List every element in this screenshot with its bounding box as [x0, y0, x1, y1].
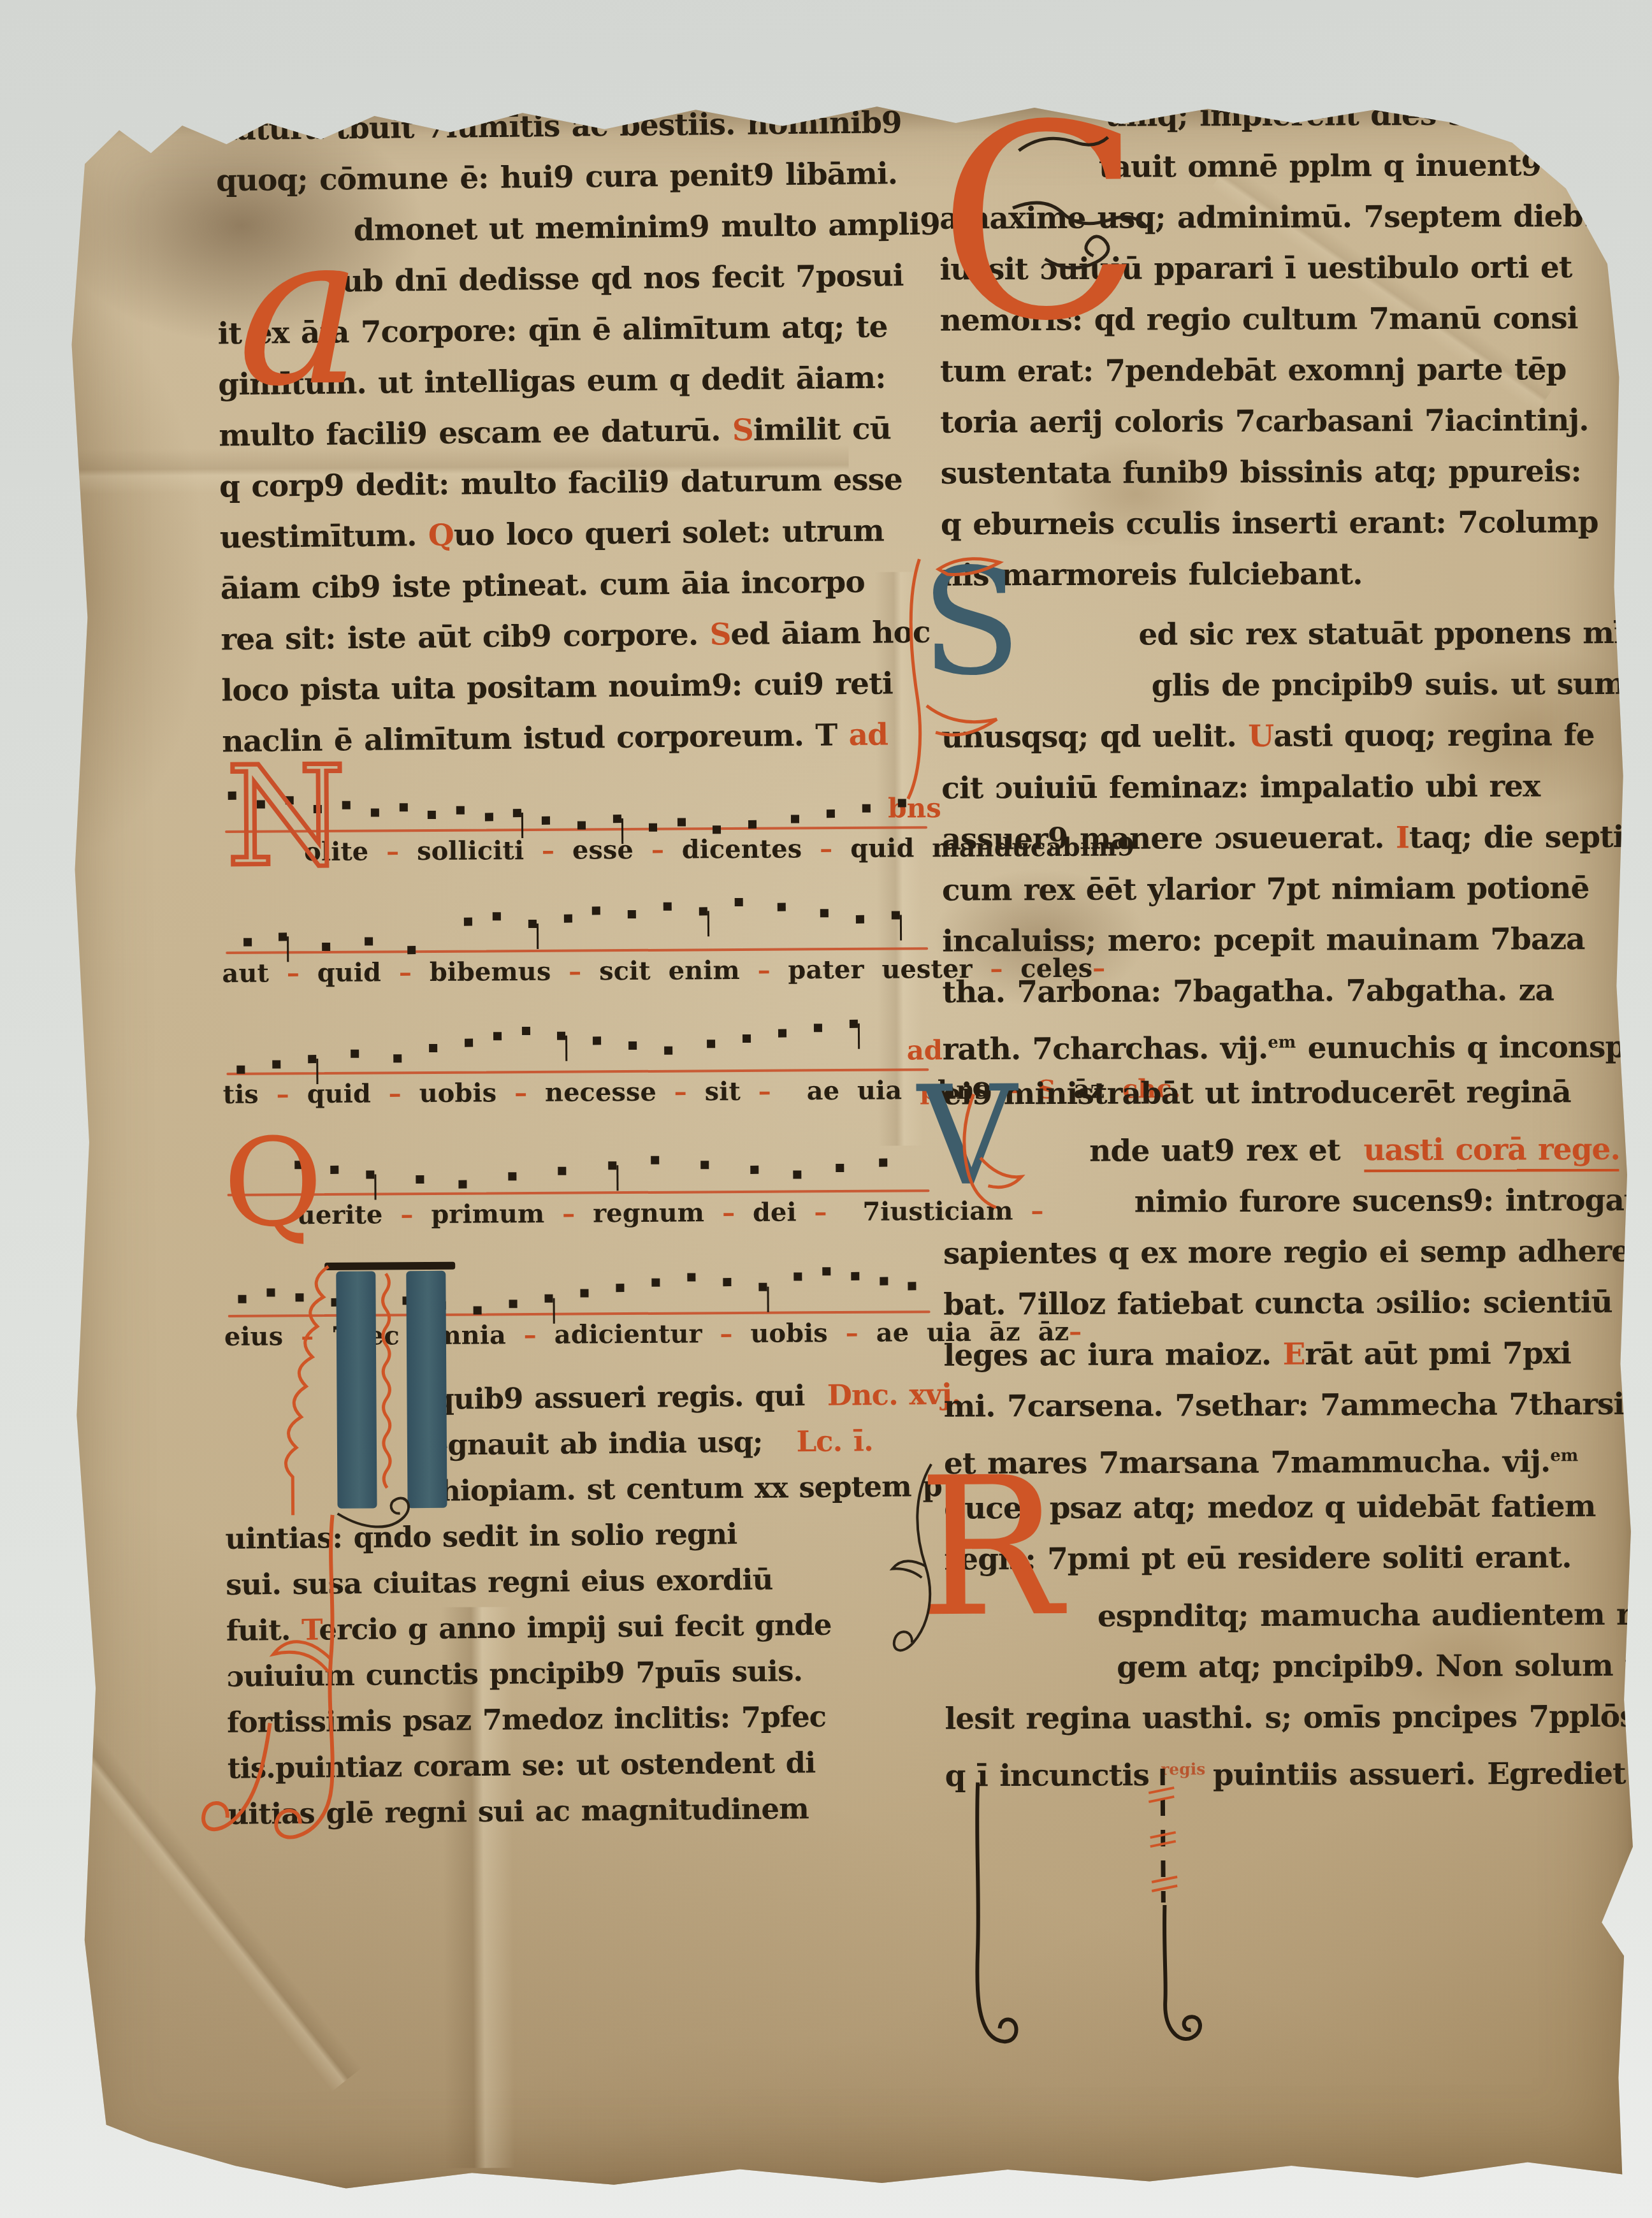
neume — [342, 801, 351, 809]
neume — [509, 1300, 518, 1308]
text-line: tis – quid – uobis – necesse – sit – ae … — [222, 1071, 936, 1136]
descender-flourish-plain — [939, 1782, 1043, 2063]
neume — [485, 813, 493, 821]
chant-text-4: uerite – primum – regnum – dei – 7iustic… — [224, 1192, 937, 1257]
text-line: uintias: qndo sedit in solio regni — [225, 1511, 943, 1564]
neume — [908, 1282, 917, 1290]
neume — [428, 811, 436, 819]
text-line: quib9 assueri regis. qui Dnc. xvj. — [224, 1374, 941, 1426]
text-line: uestimītum. Quo loco queri solet: utrum — [220, 508, 938, 567]
text-line: amaxime usq; adminimū. 7septem dieb9 — [939, 194, 1618, 247]
text-line: unusqsq; qd uelit. Uasti quoq; regina fe — [941, 713, 1620, 766]
neume — [558, 1167, 567, 1175]
neume — [228, 792, 236, 800]
neume — [243, 938, 252, 946]
descender-flourish-dashed — [1118, 1768, 1235, 2068]
manuscript-photo: { "artifact": { "kind": "medieval manusc… — [0, 0, 1652, 2218]
neume — [879, 1159, 887, 1167]
text-line: natura tbuit 7iumītis ac bestiis. homini… — [215, 100, 933, 159]
text-line: iussit ɔuiuiū pparari ī uestibulo orti e… — [939, 245, 1618, 298]
neume — [509, 1172, 517, 1180]
neume — [285, 796, 293, 804]
text-line: sapientes q ex more regio ei semp adhere — [943, 1229, 1622, 1282]
neume — [542, 816, 550, 825]
neume — [592, 906, 600, 915]
neume — [365, 938, 373, 946]
neume — [664, 1047, 672, 1055]
neume — [791, 815, 799, 823]
neume — [892, 911, 900, 919]
text-line: ei9 ministrabāt ut introducerēt reginā — [943, 1069, 1621, 1123]
neume — [294, 1161, 303, 1169]
neume — [820, 909, 829, 917]
text-line: it ex āia 7corpore: qīn ē alimītum atq; … — [217, 304, 935, 363]
text-line: rath. 7charchas. vij.em eunuchis q incon… — [943, 1018, 1621, 1072]
parchment-leaf: natura tbuit 7iumītis ac bestiis. homini… — [50, 83, 1638, 2192]
right-column-prose: umq; implerent dies ɔuiuij: inuitauit om… — [939, 92, 1624, 1799]
neume — [758, 1283, 767, 1291]
chant-text-2: aut – quid – bibemus – scit enim – pater… — [222, 950, 935, 1015]
neume — [521, 1027, 530, 1035]
text-line: leges ac iura maioz. Erāt aūt pmi 7pxi — [943, 1331, 1622, 1384]
neume — [465, 1039, 473, 1047]
text-line: regnauit ab india usq; Lc. ī. — [224, 1419, 942, 1472]
text-line: lesit regina uasthi. s; omīs pncipes 7pp… — [945, 1694, 1623, 1748]
neume — [608, 1161, 616, 1170]
neume — [322, 943, 330, 951]
neume — [314, 805, 322, 813]
text-line: toria aerij coloris 7carbasani 7iacintin… — [940, 398, 1619, 451]
neume — [827, 809, 835, 818]
neume — [862, 804, 871, 813]
text-line: glis de pncipib9 suis. ut sumeret — [941, 662, 1620, 715]
neume — [528, 920, 537, 928]
neume — [616, 1284, 624, 1292]
text-line: tha. 7arbona: 7bagatha. 7abgatha. za — [942, 968, 1621, 1021]
text-line: quoq; cōmune ē: hui9 cura penit9 libāmi. — [216, 151, 934, 210]
neume — [351, 1050, 359, 1058]
neume — [651, 1279, 660, 1287]
text-line: sustentata funib9 bissinis atq; ppureis: — [940, 449, 1619, 502]
text-line: āiam cib9 iste ptineat. cum āia incorpo — [220, 559, 938, 618]
neume — [493, 912, 501, 920]
neume — [593, 1036, 601, 1045]
text-line: fortissimis psaz 7medoz inclitis: 7pfec — [227, 1695, 945, 1748]
neume — [267, 1288, 275, 1296]
chant-system-5: eius – 7hec omnia – adicientur – uobis –… — [224, 1252, 937, 1378]
neume — [898, 799, 906, 807]
text-line: nemoris: qd regio cultum 7manū consi — [940, 296, 1619, 349]
text-line: uerite – primum – regnum – dei – 7iustic… — [224, 1192, 937, 1257]
neume — [699, 907, 707, 915]
text-line: eius – 7hec omnia – adicientur – uobis –… — [224, 1313, 938, 1378]
text-line: olite – solliciti – esse – dicentes – qu… — [221, 829, 934, 894]
chant-text-5: eius – 7hec omnia – adicientur – uobis –… — [224, 1313, 938, 1378]
neume — [330, 1166, 338, 1174]
neume — [663, 902, 672, 911]
neume — [735, 898, 743, 906]
text-line: rea sit: iste aūt cib9 corpore. Sed āiam… — [221, 610, 938, 669]
staff-3: ad — [222, 1010, 936, 1075]
neume — [272, 1060, 280, 1068]
neume — [613, 815, 621, 823]
neume — [850, 1020, 858, 1028]
text-line: ub dnī dedisse qd nos fecit 7posui — [217, 253, 934, 312]
neume — [628, 910, 636, 918]
left-column-prose-bottom: quib9 assueri regis. qui Dnc. xvj.regnau… — [224, 1374, 945, 1839]
neume — [580, 1289, 588, 1297]
neume — [778, 903, 786, 911]
text-line: duces psaz atq; medoz q uidebāt fatiem — [944, 1484, 1623, 1537]
text-line: nimio furore sucens9: introgauit — [943, 1178, 1621, 1231]
neume — [577, 821, 586, 829]
neume — [707, 1040, 715, 1048]
neume — [257, 801, 265, 809]
text-line: assuer9 manere ɔsueuerat. Itaq; die sept… — [941, 815, 1620, 868]
neume — [880, 1277, 888, 1286]
neume — [493, 1032, 502, 1040]
neume — [513, 809, 521, 817]
chant-system-4: uerite – primum – regnum – dei – 7iustic… — [223, 1131, 936, 1257]
text-line: ethiopiam. st centum xx septem p — [224, 1465, 942, 1518]
chant-system-3: ad tis – quid – uobis – necesse – sit – … — [222, 1010, 936, 1136]
neume — [295, 1293, 303, 1301]
rubric-line-end: ad — [906, 1034, 943, 1066]
neume — [778, 1029, 786, 1038]
chant-text-1: olite – solliciti – esse – dicentes – qu… — [221, 829, 934, 894]
neume — [557, 1032, 565, 1040]
text-line: multo facili9 escam ee daturū. Similit c… — [219, 406, 936, 465]
chant-text-3: tis – quid – uobis – necesse – sit – ae … — [222, 1071, 936, 1136]
neume — [677, 818, 685, 827]
text-line: uitias glē regni sui ac magnitudinem — [228, 1787, 945, 1839]
neume — [814, 1024, 822, 1032]
text-line: q eburneis cculis inserti erant: 7colump — [941, 500, 1619, 553]
neume — [464, 918, 472, 926]
text-line: gimītum. ut intelligas eum q dedit āiam: — [218, 355, 936, 414]
text-line: espnditq; mamucha audientem re — [945, 1592, 1623, 1646]
neume — [743, 1034, 751, 1043]
neume — [851, 1272, 859, 1280]
text-line: regis: 7pmi pt eū residere soliti erant. — [944, 1535, 1623, 1588]
text-line: cit ɔuiuiū feminaz: impalatio ubi rex — [941, 764, 1620, 817]
neume — [856, 915, 864, 924]
neume — [700, 1161, 709, 1169]
neume — [651, 1156, 659, 1164]
text-line: q corp9 dedit: multo facili9 daturum ess… — [219, 457, 937, 516]
neume — [545, 1294, 553, 1303]
text-line: incaluiss; mero: pcepit mauinam 7baza — [942, 917, 1621, 970]
staff-2 — [222, 889, 935, 954]
neume — [394, 1054, 402, 1062]
text-line: dmonet ut meminim9 multo ampli9 — [217, 202, 934, 261]
neume — [429, 1044, 437, 1052]
chant-system-1: bns olite – solliciti – esse – dicentes … — [221, 768, 934, 894]
staff-4 — [223, 1131, 936, 1196]
rubric-line-end: bns — [888, 792, 941, 824]
initial-In-blue — [50, 83, 1625, 92]
text-line: naclin ē alimītum istud corporeum. T ad — [222, 712, 939, 771]
neume — [628, 1041, 637, 1050]
neume — [822, 1267, 830, 1275]
neume — [279, 932, 287, 941]
text-line: tum erat: 7pendebāt exomnj parte tēp — [940, 347, 1619, 400]
neume — [399, 803, 407, 811]
staff-1: bns — [221, 768, 934, 833]
text-line: nde uat9 rex et uasti corā rege. — [943, 1127, 1621, 1180]
neume — [474, 1306, 482, 1314]
neume — [237, 1066, 245, 1074]
text-line: et mares 7marsana 7mammucha. vij.em — [944, 1433, 1623, 1486]
text-line: bat. 7illoz fatiebat cuncta ɔsilio: scie… — [943, 1280, 1622, 1333]
text-line: tis.puintiaz coram se: ut ostendent di — [228, 1741, 945, 1794]
text-line: tauit omnē pplm q inuent9 ē īsusis — [939, 143, 1618, 196]
neume — [748, 820, 757, 829]
neume — [456, 806, 465, 815]
neume — [563, 915, 572, 923]
chant-system-2: aut – quid – bibemus – scit enim – pater… — [222, 889, 935, 1015]
neume — [794, 1272, 802, 1280]
text-line: ɔuiuium cunctis pncipib9 7puīs suis. — [226, 1649, 944, 1702]
neume — [723, 1278, 731, 1286]
text-line: ed sic rex statuāt pponens mīsis sin — [941, 611, 1619, 664]
neume — [371, 808, 379, 816]
text-line: mi. 7carsena. 7sethar: 7ammecha 7tharsis — [944, 1382, 1623, 1435]
text-line: nis marmoreis fulciebant. — [941, 551, 1619, 604]
neume — [687, 1273, 695, 1281]
neume — [751, 1166, 759, 1174]
neume — [416, 1175, 424, 1184]
text-line: loco pista uita positam nouim9: cui9 ret… — [221, 661, 939, 720]
text-line: aut – quid – bibemus – scit enim – pater… — [222, 950, 935, 1015]
neume — [366, 1171, 374, 1179]
text-line: q ī incunctis regis puintiis assueri. Eg… — [945, 1745, 1624, 1799]
neume — [458, 1180, 467, 1189]
text-line: fuit. Tercio g anno impij sui fecit gnde — [226, 1603, 944, 1656]
text-line: gem atq; pncipib9. Non solum regem — [945, 1643, 1623, 1697]
neume — [238, 1295, 247, 1303]
neume — [836, 1164, 844, 1172]
text-line: cum rex ēēt ylarior 7pt nimiam potionē — [942, 866, 1621, 919]
text-line: umq; implerent dies ɔuiuij: inui — [939, 92, 1618, 145]
text-line: sui. susa ciuitas regni eius exordiū — [226, 1557, 943, 1610]
neume — [308, 1055, 316, 1063]
neume — [793, 1170, 802, 1178]
left-column-prose-top: natura tbuit 7iumītis ac bestiis. homini… — [215, 100, 939, 771]
